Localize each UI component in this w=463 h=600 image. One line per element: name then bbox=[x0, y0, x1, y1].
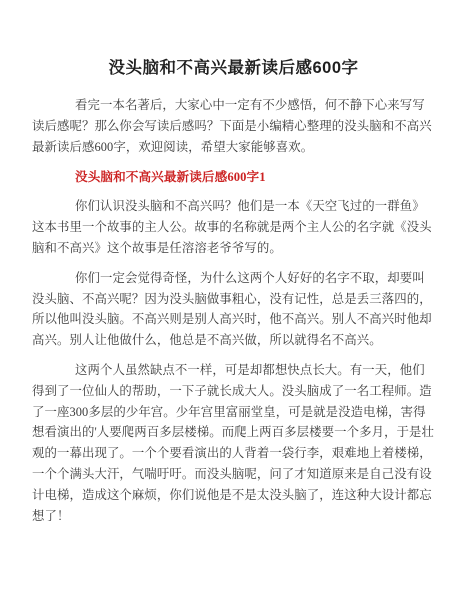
body-paragraph-1: 你们认识没头脑和不高兴吗？他们是一本《天空飞过的一群鱼》这本书里一个故事的主人公… bbox=[32, 196, 435, 258]
body-paragraph-2: 你们一定会觉得奇怪，为什么这两个人好好的名字不取，却要叫没头脑、不高兴呢？因为没… bbox=[32, 268, 435, 351]
body-paragraph-3: 这两个人虽然缺点不一样，可是却都想快点长大。有一天，他们得到了一位仙人的帮助，一… bbox=[32, 360, 435, 526]
section-heading: 没头脑和不高兴最新读后感600字1 bbox=[32, 167, 435, 187]
document-page: 没头脑和不高兴最新读后感600字 看完一本名著后，大家心中一定有不少感悟，何不静… bbox=[0, 0, 463, 600]
intro-paragraph: 看完一本名著后，大家心中一定有不少感悟，何不静下心来写写读后感呢？那么你会写读后… bbox=[32, 95, 435, 157]
document-title: 没头脑和不高兴最新读后感600字 bbox=[32, 57, 435, 79]
